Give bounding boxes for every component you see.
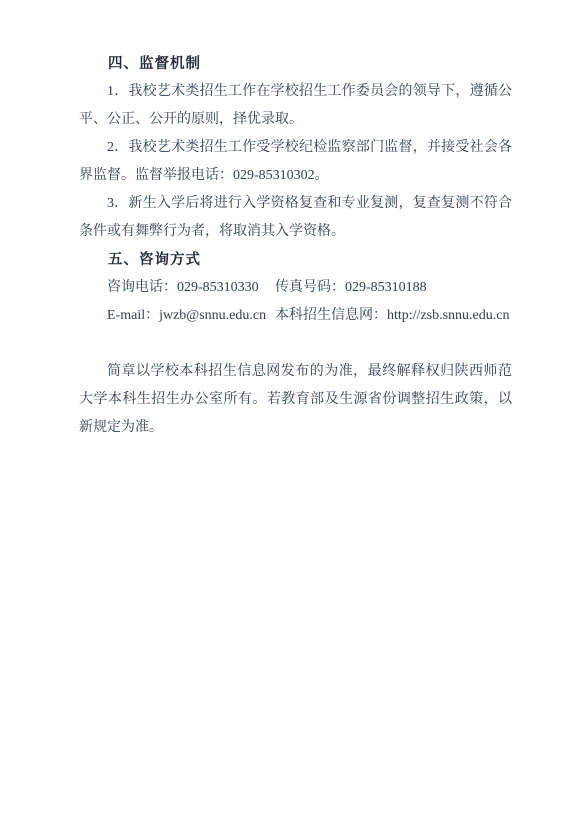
contact-row-email-website: E-mail：jwzb@snnu.edu.cn 本科招生信息网：http://z… [79, 302, 512, 330]
section-heading-contact: 五、咨询方式 [79, 246, 512, 274]
contact-phone: 咨询电话：029-85310330 [107, 274, 275, 302]
section-heading-supervision: 四、监督机制 [79, 50, 512, 78]
contact-website: 本科招生信息网：http://zsb.snnu.edu.cn [275, 302, 512, 330]
paragraph-supervision-1: 1．我校艺术类招生工作在学校招生工作委员会的领导下，遵循公平、公正、公开的原则，… [79, 78, 512, 134]
document-content: 四、监督机制 1．我校艺术类招生工作在学校招生工作委员会的领导下，遵循公平、公正… [79, 50, 512, 442]
paragraph-supervision-2: 2．我校艺术类招生工作受学校纪检监察部门监督，并接受社会各界监督。监督举报电话：… [79, 134, 512, 190]
contact-fax: 传真号码：029-85310188 [275, 274, 512, 302]
paragraph-supervision-3: 3．新生入学后将进行入学资格复查和专业复测，复查复测不符合条件或有舞弊行为者，将… [79, 190, 512, 246]
contact-email: E-mail：jwzb@snnu.edu.cn [107, 302, 275, 330]
closing-paragraph: 简章以学校本科招生信息网发布的为准，最终解释权归陕西师范大学本科生招生办公室所有… [79, 358, 512, 442]
document-page: 四、监督机制 1．我校艺术类招生工作在学校招生工作委员会的领导下，遵循公平、公正… [0, 0, 585, 837]
contact-row-phone-fax: 咨询电话：029-85310330 传真号码：029-85310188 [79, 274, 512, 302]
